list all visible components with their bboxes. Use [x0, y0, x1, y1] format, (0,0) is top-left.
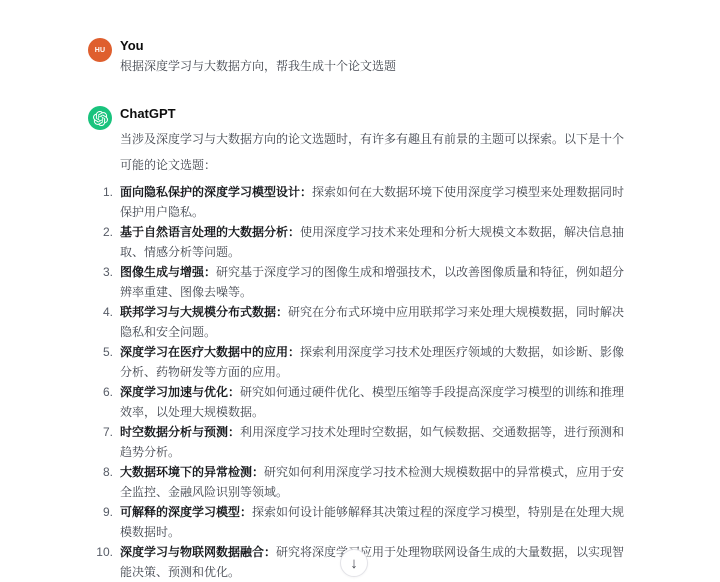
topic-item: 大数据环境下的异常检测：研究如何利用深度学习技术检测大规模数据中的异常模式，应用…: [120, 462, 630, 502]
topic-item: 深度学习与物联网数据融合：研究将深度学习应用于处理物联网设备生成的大量数据，以实…: [120, 542, 630, 582]
topic-title: 时空数据分析与预测：: [120, 425, 240, 439]
topic-title: 面向隐私保护的深度学习模型设计：: [120, 185, 312, 199]
topic-item: 时空数据分析与预测：利用深度学习技术处理时空数据，如气候数据、交通数据等，进行预…: [120, 422, 630, 462]
user-sender-name: You: [120, 36, 630, 56]
assistant-intro-text: 当涉及深度学习与大数据方向的论文选题时，有许多有趣且有前景的主题可以探索。以下是…: [120, 126, 630, 178]
topic-item: 深度学习加速与优化：研究如何通过硬件优化、模型压缩等手段提高深度学习模型的训练和…: [120, 382, 630, 422]
assistant-message: ChatGPT 当涉及深度学习与大数据方向的论文选题时，有许多有趣且有前景的主题…: [88, 104, 630, 582]
topic-list: 面向隐私保护的深度学习模型设计：探索如何在大数据环境下使用深度学习模型来处理数据…: [120, 182, 630, 582]
topic-title: 深度学习加速与优化：: [120, 385, 240, 399]
topic-item: 面向隐私保护的深度学习模型设计：探索如何在大数据环境下使用深度学习模型来处理数据…: [120, 182, 630, 222]
topic-title: 可解释的深度学习模型：: [120, 505, 252, 519]
topic-title: 深度学习与物联网数据融合：: [120, 545, 276, 559]
scroll-to-bottom-button[interactable]: ↓: [340, 549, 368, 577]
topic-item: 联邦学习与大规模分布式数据：研究在分布式环境中应用联邦学习来处理大规模数据，同时…: [120, 302, 630, 342]
arrow-down-icon: ↓: [350, 556, 358, 571]
topic-item: 图像生成与增强：研究基于深度学习的图像生成和增强技术，以改善图像质量和特征，例如…: [120, 262, 630, 302]
topic-item: 可解释的深度学习模型：探索如何设计能够解释其决策过程的深度学习模型，特别是在处理…: [120, 502, 630, 542]
topic-title: 图像生成与增强：: [120, 265, 216, 279]
user-avatar: HU: [88, 38, 112, 62]
topic-title: 基于自然语言处理的大数据分析：: [120, 225, 300, 239]
chatgpt-logo-icon: [88, 106, 112, 130]
chat-conversation: HU You 根据深度学习与大数据方向，帮我生成十个论文选题 ChatGPT 当…: [0, 0, 720, 582]
topic-title: 大数据环境下的异常检测：: [120, 465, 264, 479]
assistant-sender-name: ChatGPT: [120, 104, 630, 124]
user-avatar-initials: HU: [95, 47, 106, 54]
topic-item: 基于自然语言处理的大数据分析：使用深度学习技术来处理和分析大规模文本数据，解决信…: [120, 222, 630, 262]
user-message: HU You 根据深度学习与大数据方向，帮我生成十个论文选题: [88, 36, 630, 76]
topic-item: 深度学习在医疗大数据中的应用：探索利用深度学习技术处理医疗领域的大数据，如诊断、…: [120, 342, 630, 382]
topic-title: 联邦学习与大规模分布式数据：: [120, 305, 288, 319]
user-message-text: 根据深度学习与大数据方向，帮我生成十个论文选题: [120, 56, 630, 76]
topic-title: 深度学习在医疗大数据中的应用：: [120, 345, 300, 359]
